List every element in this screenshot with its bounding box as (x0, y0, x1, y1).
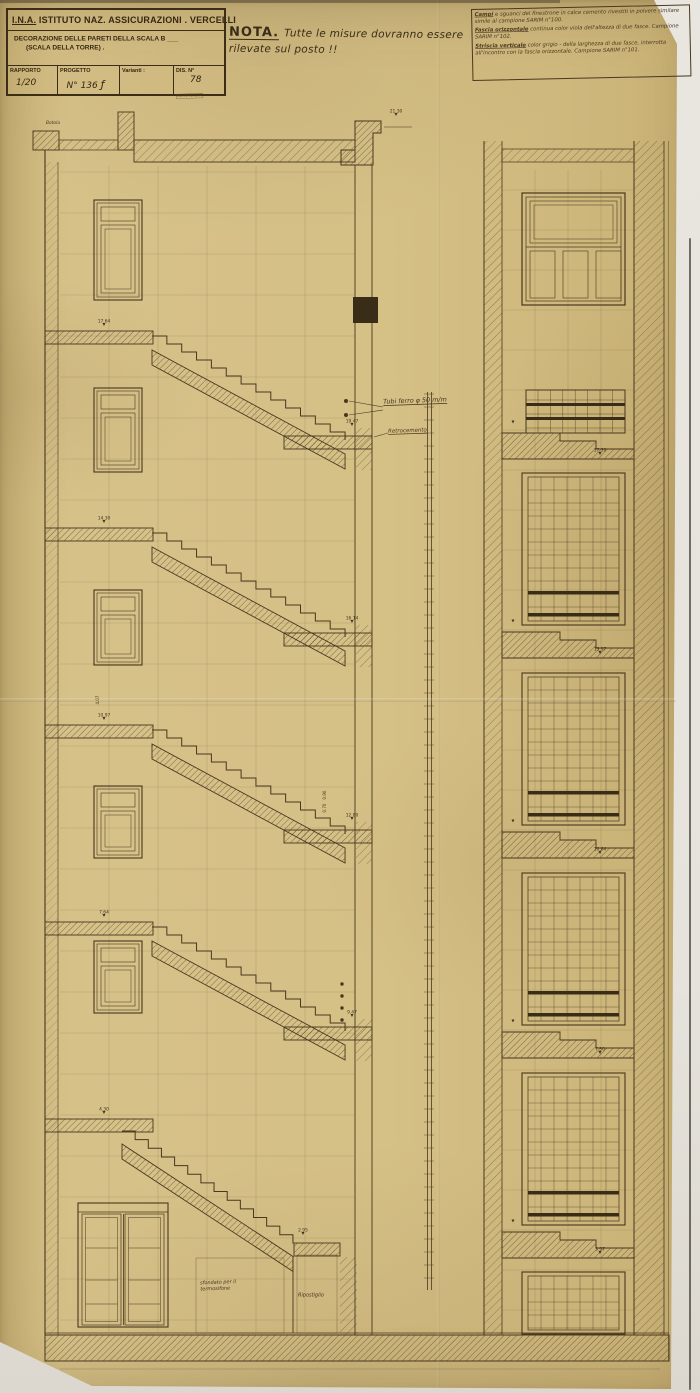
level-marker: 3.97▼ (595, 1247, 605, 1255)
level-triangle-icon: ▼ (512, 819, 515, 823)
level-marker: ▼ (512, 820, 515, 823)
org-abbr: I.N.A. (12, 15, 36, 25)
dis-value: 78 (190, 76, 222, 85)
sfondato-termosifone-label: sfondato per il termosifone (200, 1278, 262, 1293)
level-triangle-icon: ▼ (298, 1232, 308, 1236)
level-marker: ▼ (512, 421, 515, 424)
nota-heading: NOTA. (229, 26, 279, 41)
level-triangle-icon: ▼ (512, 619, 515, 623)
level-triangle-icon: ▼ (512, 1019, 515, 1023)
org-title: I.N.A. ISTITUTO NAZ. ASSICURAZIONI . VER… (8, 10, 224, 31)
level-triangle-icon: ▼ (512, 1219, 515, 1223)
level-triangle-icon: ▼ (98, 323, 111, 327)
progetto-value: N° 136 ƒ (66, 79, 116, 91)
level-triangle-icon: ▼ (390, 113, 403, 117)
subject-line1: DECORAZIONE DELLE PARETI DELLA SCALA B _… (14, 35, 222, 43)
stair-section-drawing (0, 0, 700, 1393)
level-triangle-icon: ▼ (594, 452, 607, 456)
finish-notes-box: Campi e sguanci del finestrone in calce … (471, 4, 691, 81)
note-fascia-orizzontale: Fascia orizzontale continua color viola … (475, 23, 692, 41)
varianti-label: Varianti : (122, 68, 155, 73)
right-section-walls (484, 141, 669, 1361)
level-marker: ▼ (512, 1020, 515, 1023)
level-triangle-icon: ▼ (594, 851, 607, 855)
level-marker: 10.64▼ (594, 847, 607, 855)
nota-line2: rilevate sul posto !! (229, 42, 464, 60)
level-marker: 17.30▼ (594, 448, 607, 456)
date-stamp: GENNAIO 1938 (176, 93, 203, 99)
nota-warning: NOTA. Tutte le misure dovranno essere ri… (229, 21, 464, 60)
ground-slab (45, 1333, 669, 1369)
title-block-fields: RAPPORTO 1/20 PROGETTO N° 136 ƒ Varianti… (8, 66, 224, 94)
note-campi: Campi e sguanci del finestrone in calce … (475, 7, 692, 25)
rapporto-label: RAPPORTO (10, 68, 41, 73)
rapporto-value: 1/20 (16, 79, 55, 88)
level-marker: 16.14▼ (346, 616, 359, 624)
roof-parapet (33, 112, 412, 165)
level-marker: 14.30▼ (98, 516, 111, 524)
entrance-door (78, 1203, 168, 1327)
level-marker: ▼ (512, 1220, 515, 1223)
stair-shaft-wall (340, 165, 434, 1335)
subject-line2: (SCALA DELLA TORRE) . (26, 44, 234, 52)
level-triangle-icon: ▼ (99, 1111, 109, 1115)
dimension-label: 0.90 (323, 791, 327, 800)
level-marker: 17.64▼ (98, 319, 111, 327)
level-triangle-icon: ▼ (346, 620, 359, 624)
ripostiglio-label: Ripostiglio (298, 1292, 324, 1298)
level-marker: ▼ (512, 620, 515, 623)
handwritten-flourish: ƒ (101, 78, 105, 91)
retrocemento-label: Retrocemento (388, 427, 427, 435)
level-marker: 7.64▼ (99, 910, 109, 918)
level-triangle-icon: ▼ (512, 420, 515, 424)
level-triangle-icon: ▼ (346, 423, 359, 427)
level-triangle-icon: ▼ (99, 914, 109, 918)
title-block: I.N.A. ISTITUTO NAZ. ASSICURAZIONI . VER… (6, 8, 226, 96)
field-varianti: Varianti : (120, 66, 174, 94)
org-name: ISTITUTO NAZ. ASSICURAZIONI . VERCELLI (36, 15, 236, 25)
left-wall (45, 150, 58, 1335)
dimension-label: 0.70 (323, 804, 327, 813)
level-marker: 2.95▼ (298, 1228, 308, 1236)
field-dis-number: DIS. N° 78 GENNAIO 1938 (174, 66, 224, 94)
dis-label: DIS. N° (176, 68, 207, 73)
level-marker: 19.47▼ (346, 419, 359, 427)
level-marker: 9.47▼ (347, 1010, 357, 1018)
right-section-windows (522, 193, 625, 1334)
level-triangle-icon: ▼ (594, 651, 607, 655)
level-marker: 4.30▼ (99, 1107, 109, 1115)
level-triangle-icon: ▼ (595, 1051, 605, 1055)
drawing-subject: DECORAZIONE DELLE PARETI DELLA SCALA B _… (8, 31, 224, 66)
level-triangle-icon: ▼ (346, 817, 359, 821)
level-marker: 7.30▼ (595, 1047, 605, 1055)
level-marker-top: 21.30▼ (390, 109, 403, 117)
field-rapporto: RAPPORTO 1/20 (8, 66, 58, 94)
progetto-label: PROGETTO (60, 68, 98, 73)
nota-line1: Tutte le misure dovranno essere (284, 27, 463, 41)
dimension-label: 4.07 (96, 696, 100, 705)
level-triangle-icon: ▼ (98, 717, 111, 721)
photo-edge-line (689, 238, 691, 1390)
paper-top-edge-shadow (0, 0, 560, 3)
level-triangle-icon: ▼ (595, 1251, 605, 1255)
photograph-of-drawing: I.N.A. ISTITUTO NAZ. ASSICURAZIONI . VER… (0, 0, 700, 1393)
level-marker: 13.97▼ (594, 647, 607, 655)
level-triangle-icon: ▼ (347, 1014, 357, 1018)
field-progetto: PROGETTO N° 136 ƒ (58, 66, 119, 94)
level-marker: 10.97▼ (98, 713, 111, 721)
botola-label: Botola (46, 120, 60, 125)
level-triangle-icon: ▼ (98, 520, 111, 524)
level-marker: 12.80▼ (346, 813, 359, 821)
note-striscia-verticale: Striscia verticale color grigio - della … (475, 39, 691, 57)
